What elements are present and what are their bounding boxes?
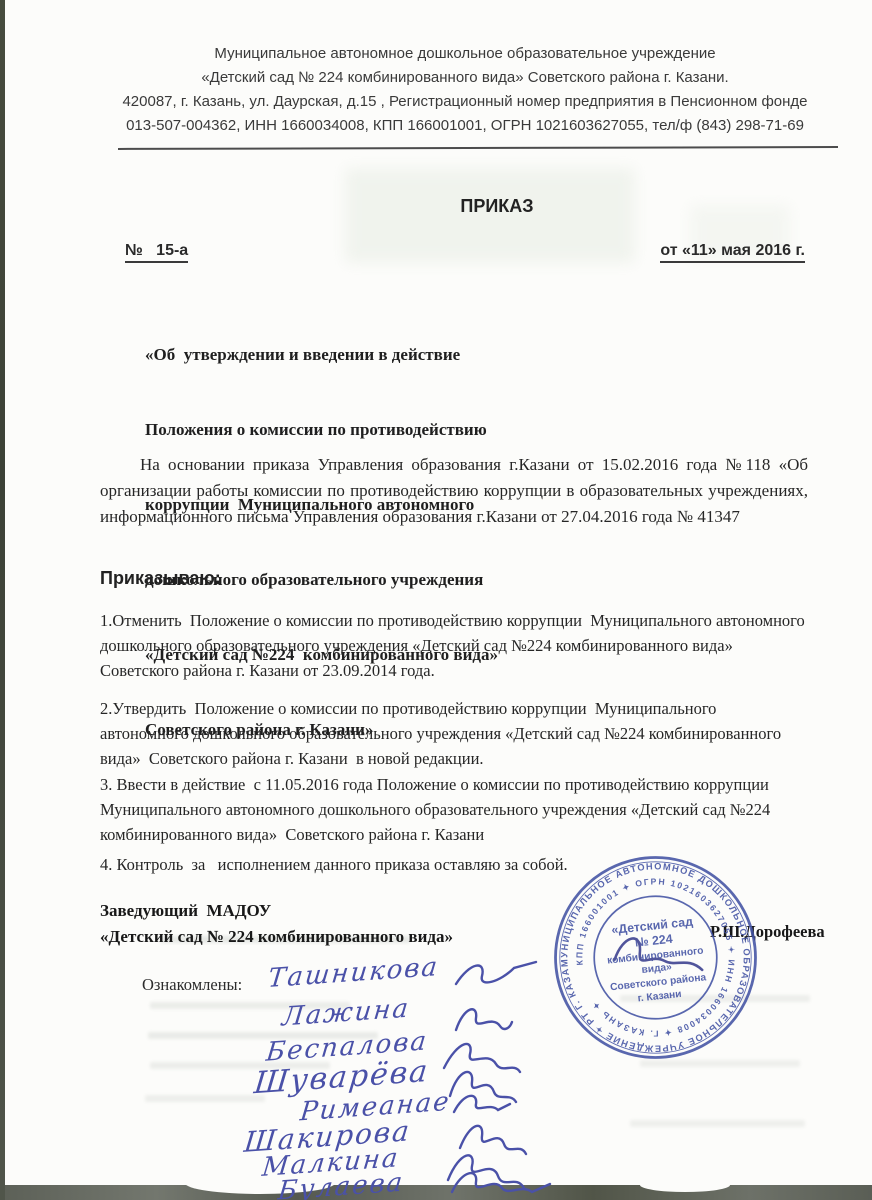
subject-line: Положения о комиссии по противодействию	[145, 417, 615, 442]
handwritten-name: Лажина	[281, 993, 412, 1032]
document-title: ПРИКАЗ	[122, 196, 872, 217]
stamp-center-line: г. Казани	[637, 989, 682, 1005]
paper-edge	[640, 1178, 730, 1192]
letterhead-line-1: Муниципальное автономное дошкольное обра…	[90, 42, 840, 66]
order-date: от «11» мая 2016 г.	[660, 242, 805, 263]
letterhead-line-2: «Детский сад № 224 комбинированного вида…	[90, 66, 840, 90]
order-item-1: 1.Отменить Положение о комиссии по проти…	[100, 608, 806, 683]
stamp-center-line: вида»	[641, 962, 673, 976]
acknowledged-label: Ознакомлены:	[142, 975, 242, 995]
scan-edge-left	[0, 0, 5, 1200]
letterhead-line-3: 420087, г. Казань, ул. Даурская, д.15 , …	[90, 90, 840, 114]
handwritten-name: Ташникова	[267, 952, 441, 994]
official-round-stamp: МУНИЦИПАЛЬНОЕ АВТОНОМНОЕ ДОШКОЛЬНОЕ ОБРА…	[537, 839, 773, 1075]
basis-paragraph: На основании приказа Управления образова…	[100, 452, 808, 530]
scan-edge-bottom	[0, 1185, 872, 1200]
letterhead-line-4: 013-507-004362, ИНН 1660034008, КПП 1660…	[90, 114, 840, 138]
signature-paraph	[452, 958, 542, 999]
stamp-center-line: Советского района	[610, 972, 707, 993]
bleed-through-artifact	[630, 1120, 805, 1127]
bleed-through-artifact	[145, 1095, 265, 1102]
signatory-position: Заведующий МАДОУ «Детский сад № 224 комб…	[100, 898, 580, 950]
subject-line: «Об утверждении и введении в действие	[145, 342, 615, 367]
signature-paraph	[446, 1162, 556, 1200]
number-date-row: № 15-а от «11» мая 2016 г.	[125, 242, 805, 263]
header-divider-line	[118, 146, 838, 150]
order-number: № 15-а	[125, 242, 188, 263]
letterhead: Муниципальное автономное дошкольное обра…	[90, 42, 840, 138]
scanned-document-page: Муниципальное автономное дошкольное обра…	[0, 0, 872, 1200]
order-item-3: 3. Ввести в действие с 11.05.2016 года П…	[100, 772, 806, 847]
order-keyword: Приказываю:	[100, 568, 221, 589]
order-item-2: 2.Утвердить Положение о комиссии по прот…	[100, 696, 806, 771]
